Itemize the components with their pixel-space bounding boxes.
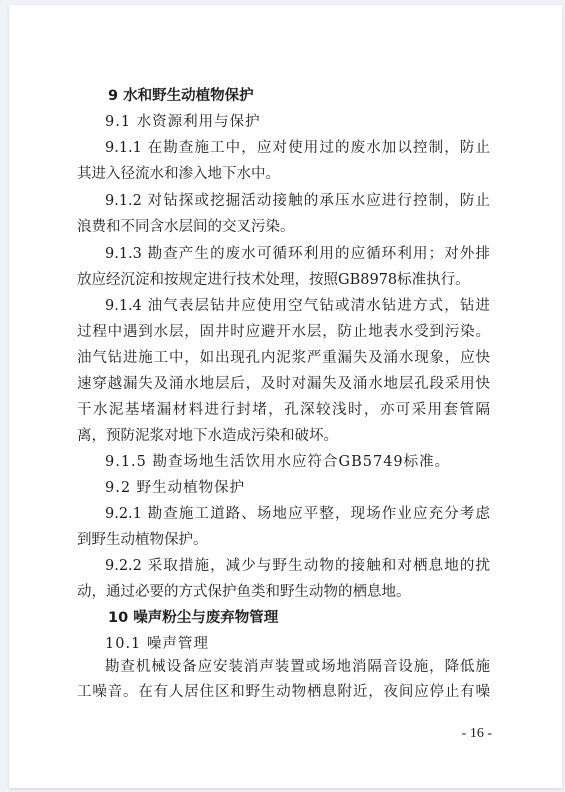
subsection-heading-9-2: 9.2 野生动植物保护 [105, 475, 245, 501]
paragraph-line: 9.1.4 油气表层钻井应使用空气钻或清水钻进方式，钻进 [105, 293, 490, 319]
paragraph-line: 工噪音。在有人居住区和野生动物栖息附近，夜间应停止有噪 [77, 679, 490, 705]
paragraph-line: 9.1.5 勘查场地生活饮用水应符合GB5749标准。 [105, 449, 450, 475]
paragraph-line: 9.2.1 勘查施工道路、场地应平整，现场作业应充分考虑 [105, 501, 490, 527]
document-page: 9 水和野生动植物保护 9.1 水资源利用与保护 9.1.1 在勘查施工中，应对… [9, 5, 562, 788]
paragraph-line: 9.1.1 在勘查施工中，应对使用过的废水加以控制，防止 [105, 135, 490, 161]
paragraph-line: 离，预防泥浆对地下水造成污染和破坏。 [77, 423, 490, 449]
paragraph-line: 干水泥基堵漏材料进行封堵，孔深较浅时，亦可采用套管隔 [77, 397, 490, 423]
paragraph-line: 浪费和不同含水层间的交叉污染。 [77, 214, 490, 240]
paragraph-line: 到野生动植物保护。 [77, 527, 490, 553]
paragraph-line: 勘查机械设备应安装消声装置或场地消隔音设施，降低施 [105, 654, 490, 680]
paragraph-line: 放应经沉淀和按规定进行技术处理，按照GB8978标准执行。 [77, 267, 490, 293]
paragraph-line: 动，通过必要的方式保护鱼类和野生动物的栖息地。 [77, 579, 490, 605]
page-number: - 16 - [462, 724, 492, 744]
subsection-heading-9-1: 9.1 水资源利用与保护 [105, 109, 261, 135]
paragraph-line: 9.2.2 采取措施，减少与野生动物的接触和对栖息地的扰 [105, 553, 490, 579]
paragraph-line: 9.1.2 对钻探或挖掘活动接触的承压水应进行控制，防止 [105, 188, 490, 214]
section-heading-9: 9 水和野生动植物保护 [108, 83, 254, 109]
paragraph-line: 油气钻进施工中，如出现孔内泥浆严重漏失及涌水现象，应快 [77, 345, 490, 371]
paragraph-line: 9.1.3 勘查产生的废水可循环利用的应循环利用；对外排 [105, 241, 490, 267]
paragraph-line: 速穿越漏失及涌水地层后，及时对漏失及涌水地层孔段采用快 [77, 371, 490, 397]
section-heading-10: 10 噪声粉尘与废弃物管理 [108, 605, 278, 631]
paragraph-line: 过程中遇到水层，固井时应避开水层，防止地表水受到污染。 [77, 319, 490, 345]
paragraph-line: 其进入径流水和渗入地下水中。 [77, 161, 490, 187]
